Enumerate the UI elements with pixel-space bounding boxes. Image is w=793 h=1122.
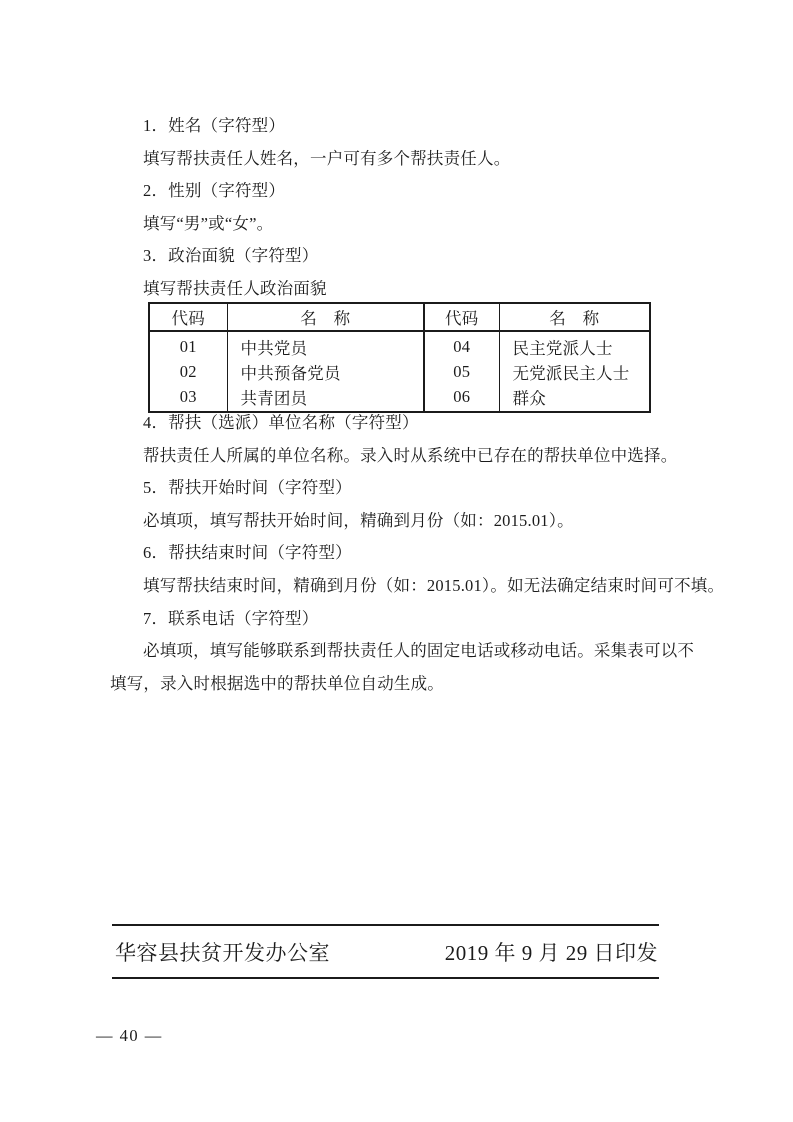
field-2-gender-description: 填写“男”或“女”。 [110,208,670,241]
code-cell: 02 [149,359,227,385]
code-header-right: 代码 [424,303,499,331]
code-cell: 01 [149,331,227,359]
field-definitions-top: 1．姓名（字符型） 填写帮扶责任人姓名，一户可有多个帮扶责任人。 2．性别（字符… [110,110,670,306]
code-cell: 04 [424,331,499,359]
code-cell: 05 [424,359,499,385]
field-7-phone-description-line-2: 填写，录入时根据选中的帮扶单位自动生成。 [110,668,670,701]
field-1-name-description: 填写帮扶责任人姓名，一户可有多个帮扶责任人。 [110,143,670,176]
field-3-political-status-heading: 3．政治面貌（字符型） [110,240,670,273]
field-4-unit-name-description: 帮扶责任人所属的单位名称。录入时从系统中已存在的帮扶单位中选择。 [110,440,670,473]
field-6-end-time-description: 填写帮扶结束时间，精确到月份（如：2015.01）。如无法确定结束时间可不填。 [110,570,670,603]
field-5-start-time-heading: 5．帮扶开始时间（字符型） [110,472,670,505]
field-3-political-status-description: 填写帮扶责任人政治面貌 [110,273,670,306]
page-number: — 40 — [96,1026,163,1046]
code-table-header-row: 代码 名 称 代码 名 称 [149,303,650,331]
field-definitions-bottom: 4．帮扶（选派）单位名称（字符型） 帮扶责任人所属的单位名称。录入时从系统中已存… [110,407,670,700]
code-table-row-2: 02 中共预备党员 05 无党派民主人士 [149,359,650,385]
name-cell: 无党派民主人士 [499,359,650,385]
field-6-end-time-heading: 6．帮扶结束时间（字符型） [110,537,670,570]
field-7-phone-heading: 7．联系电话（字符型） [110,603,670,636]
name-cell: 民主党派人士 [499,331,650,359]
name-header-left: 名 称 [227,303,424,331]
field-2-gender-heading: 2．性别（字符型） [110,175,670,208]
political-status-code-table: 代码 名 称 代码 名 称 01 中共党员 04 民主党派人士 02 中共预备党… [148,302,651,413]
document-page: 1．姓名（字符型） 填写帮扶责任人姓名，一户可有多个帮扶责任人。 2．性别（字符… [0,0,793,1122]
name-cell: 中共预备党员 [227,359,424,385]
code-table-row-1: 01 中共党员 04 民主党派人士 [149,331,650,359]
print-date: 2019 年 9 月 29 日印发 [445,937,659,967]
issuing-office: 华容县扶贫开发办公室 [112,937,330,967]
field-4-unit-name-heading: 4．帮扶（选派）单位名称（字符型） [110,407,670,440]
field-1-name-heading: 1．姓名（字符型） [110,110,670,143]
issuance-footer: 华容县扶贫开发办公室 2019 年 9 月 29 日印发 [112,924,659,979]
name-header-right: 名 称 [499,303,650,331]
field-7-phone-description-line-1: 必填项，填写能够联系到帮扶责任人的固定电话或移动电话。采集表可以不 [110,635,670,668]
name-cell: 中共党员 [227,331,424,359]
code-header-left: 代码 [149,303,227,331]
field-5-start-time-description: 必填项，填写帮扶开始时间，精确到月份（如：2015.01）。 [110,505,670,538]
